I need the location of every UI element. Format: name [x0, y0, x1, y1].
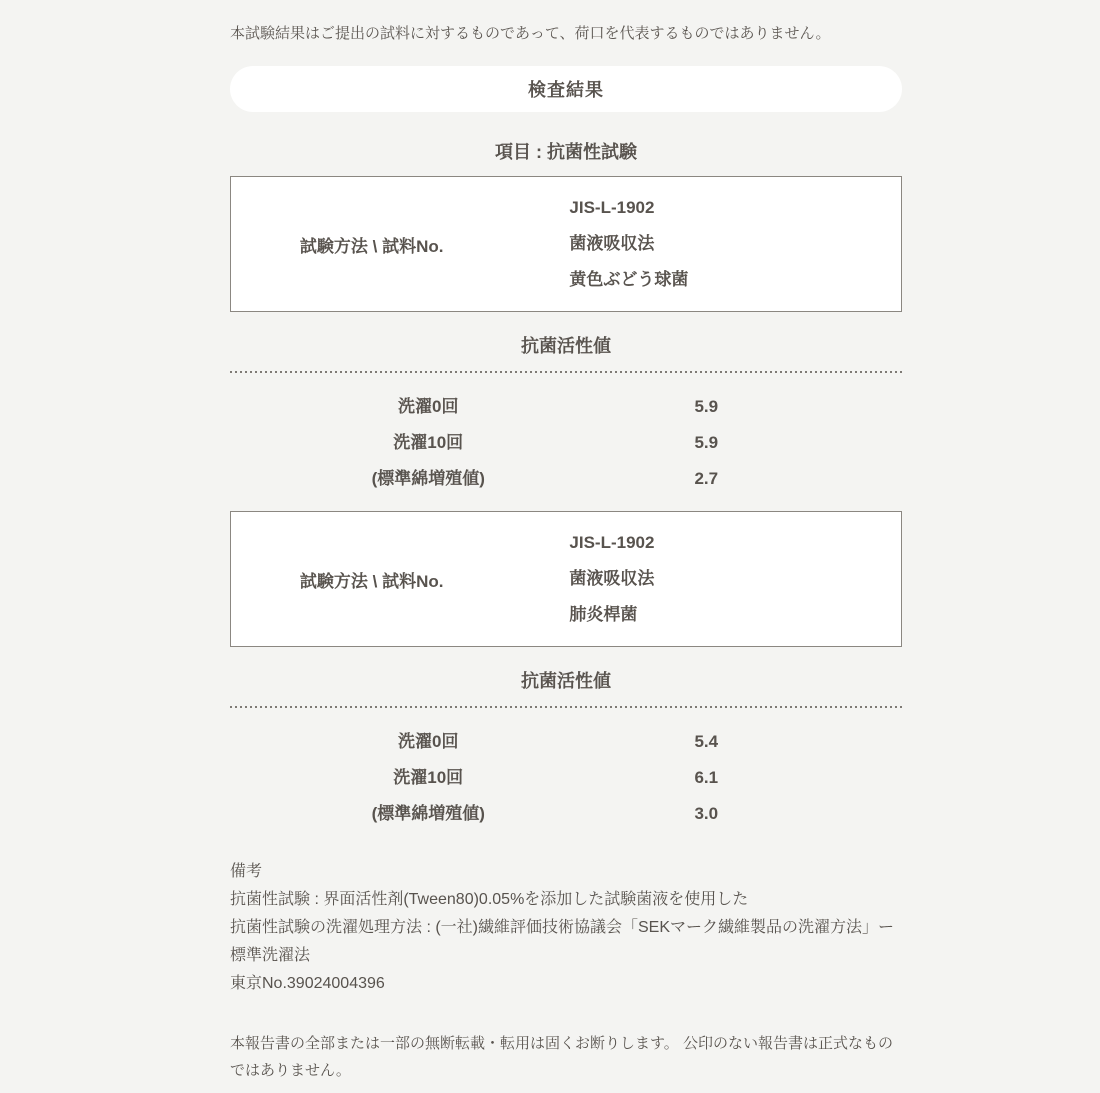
- method-lines: JIS-L-1902 菌液吸収法 黄色ぶどう球菌: [512, 190, 901, 298]
- sample-disclaimer-note: 本試験結果はご提出の試料に対するものであって、荷口を代表するものではありません。: [230, 24, 902, 44]
- remarks-title: 備考: [230, 858, 902, 886]
- table-row: 洗濯0回 5.4: [230, 724, 902, 760]
- remarks-line: 東京No.39024004396: [230, 970, 902, 998]
- row-value: 5.4: [626, 724, 902, 760]
- row-label: 洗濯10回: [230, 760, 626, 796]
- method-label: 試験方法 \ 試料No.: [231, 567, 512, 592]
- banner-label: 検査結果: [528, 76, 604, 102]
- method-technique: 菌液吸収法: [569, 226, 901, 262]
- remarks-line: 抗菌性試験の洗濯処理方法 : (一社)繊維評価技術協議会「SEKマーク繊維製品の…: [230, 914, 902, 970]
- dotted-divider: [230, 371, 902, 373]
- method-lines: JIS-L-1902 菌液吸収法 肺炎桿菌: [512, 525, 901, 633]
- test-block-klebsiella: 試験方法 \ 試料No. JIS-L-1902 菌液吸収法 肺炎桿菌 抗菌活性値…: [230, 511, 902, 832]
- row-label: (標準綿増殖値): [230, 796, 626, 832]
- section-title: 項目 : 抗菌性試験: [230, 138, 902, 164]
- row-label: 洗濯0回: [230, 724, 626, 760]
- method-standard: JIS-L-1902: [569, 190, 901, 226]
- method-label: 試験方法 \ 試料No.: [231, 232, 512, 257]
- method-technique: 菌液吸収法: [569, 561, 901, 597]
- row-value: 5.9: [626, 389, 902, 425]
- row-value: 6.1: [626, 760, 902, 796]
- table-row: (標準綿増殖値) 3.0: [230, 796, 902, 832]
- row-label: 洗濯0回: [230, 389, 626, 425]
- table-row: 洗濯10回 5.9: [230, 425, 902, 461]
- footer-disclaimer-note: 本報告書の全部または一部の無断転載・転用は固くお断りします。 公印のない報告書は…: [230, 1030, 902, 1084]
- row-label: 洗濯10回: [230, 425, 626, 461]
- row-value: 5.9: [626, 425, 902, 461]
- method-box: 試験方法 \ 試料No. JIS-L-1902 菌液吸収法 黄色ぶどう球菌: [230, 176, 902, 312]
- inspection-results-banner: 検査結果: [230, 66, 902, 112]
- row-value: 3.0: [626, 796, 902, 832]
- value-rows: 洗濯0回 5.9 洗濯10回 5.9 (標準綿増殖値) 2.7: [230, 389, 902, 497]
- method-standard: JIS-L-1902: [569, 525, 901, 561]
- table-row: 洗濯0回 5.9: [230, 389, 902, 425]
- test-block-staph-aureus: 試験方法 \ 試料No. JIS-L-1902 菌液吸収法 黄色ぶどう球菌 抗菌…: [230, 176, 902, 497]
- value-rows: 洗濯0回 5.4 洗濯10回 6.1 (標準綿増殖値) 3.0: [230, 724, 902, 832]
- dotted-divider: [230, 706, 902, 708]
- method-bacteria: 黄色ぶどう球菌: [569, 262, 901, 298]
- method-box: 試験方法 \ 試料No. JIS-L-1902 菌液吸収法 肺炎桿菌: [230, 511, 902, 647]
- inspection-report-page: 本試験結果はご提出の試料に対するものであって、荷口を代表するものではありません。…: [230, 0, 902, 1084]
- row-label: (標準綿増殖値): [230, 461, 626, 497]
- values-title: 抗菌活性値: [230, 332, 902, 358]
- table-row: (標準綿増殖値) 2.7: [230, 461, 902, 497]
- method-bacteria: 肺炎桿菌: [569, 597, 901, 633]
- row-value: 2.7: [626, 461, 902, 497]
- remarks-line: 抗菌性試験 : 界面活性剤(Tween80)0.05%を添加した試験菌液を使用し…: [230, 886, 902, 914]
- values-title: 抗菌活性値: [230, 667, 902, 693]
- table-row: 洗濯10回 6.1: [230, 760, 902, 796]
- remarks-section: 備考 抗菌性試験 : 界面活性剤(Tween80)0.05%を添加した試験菌液を…: [230, 858, 902, 998]
